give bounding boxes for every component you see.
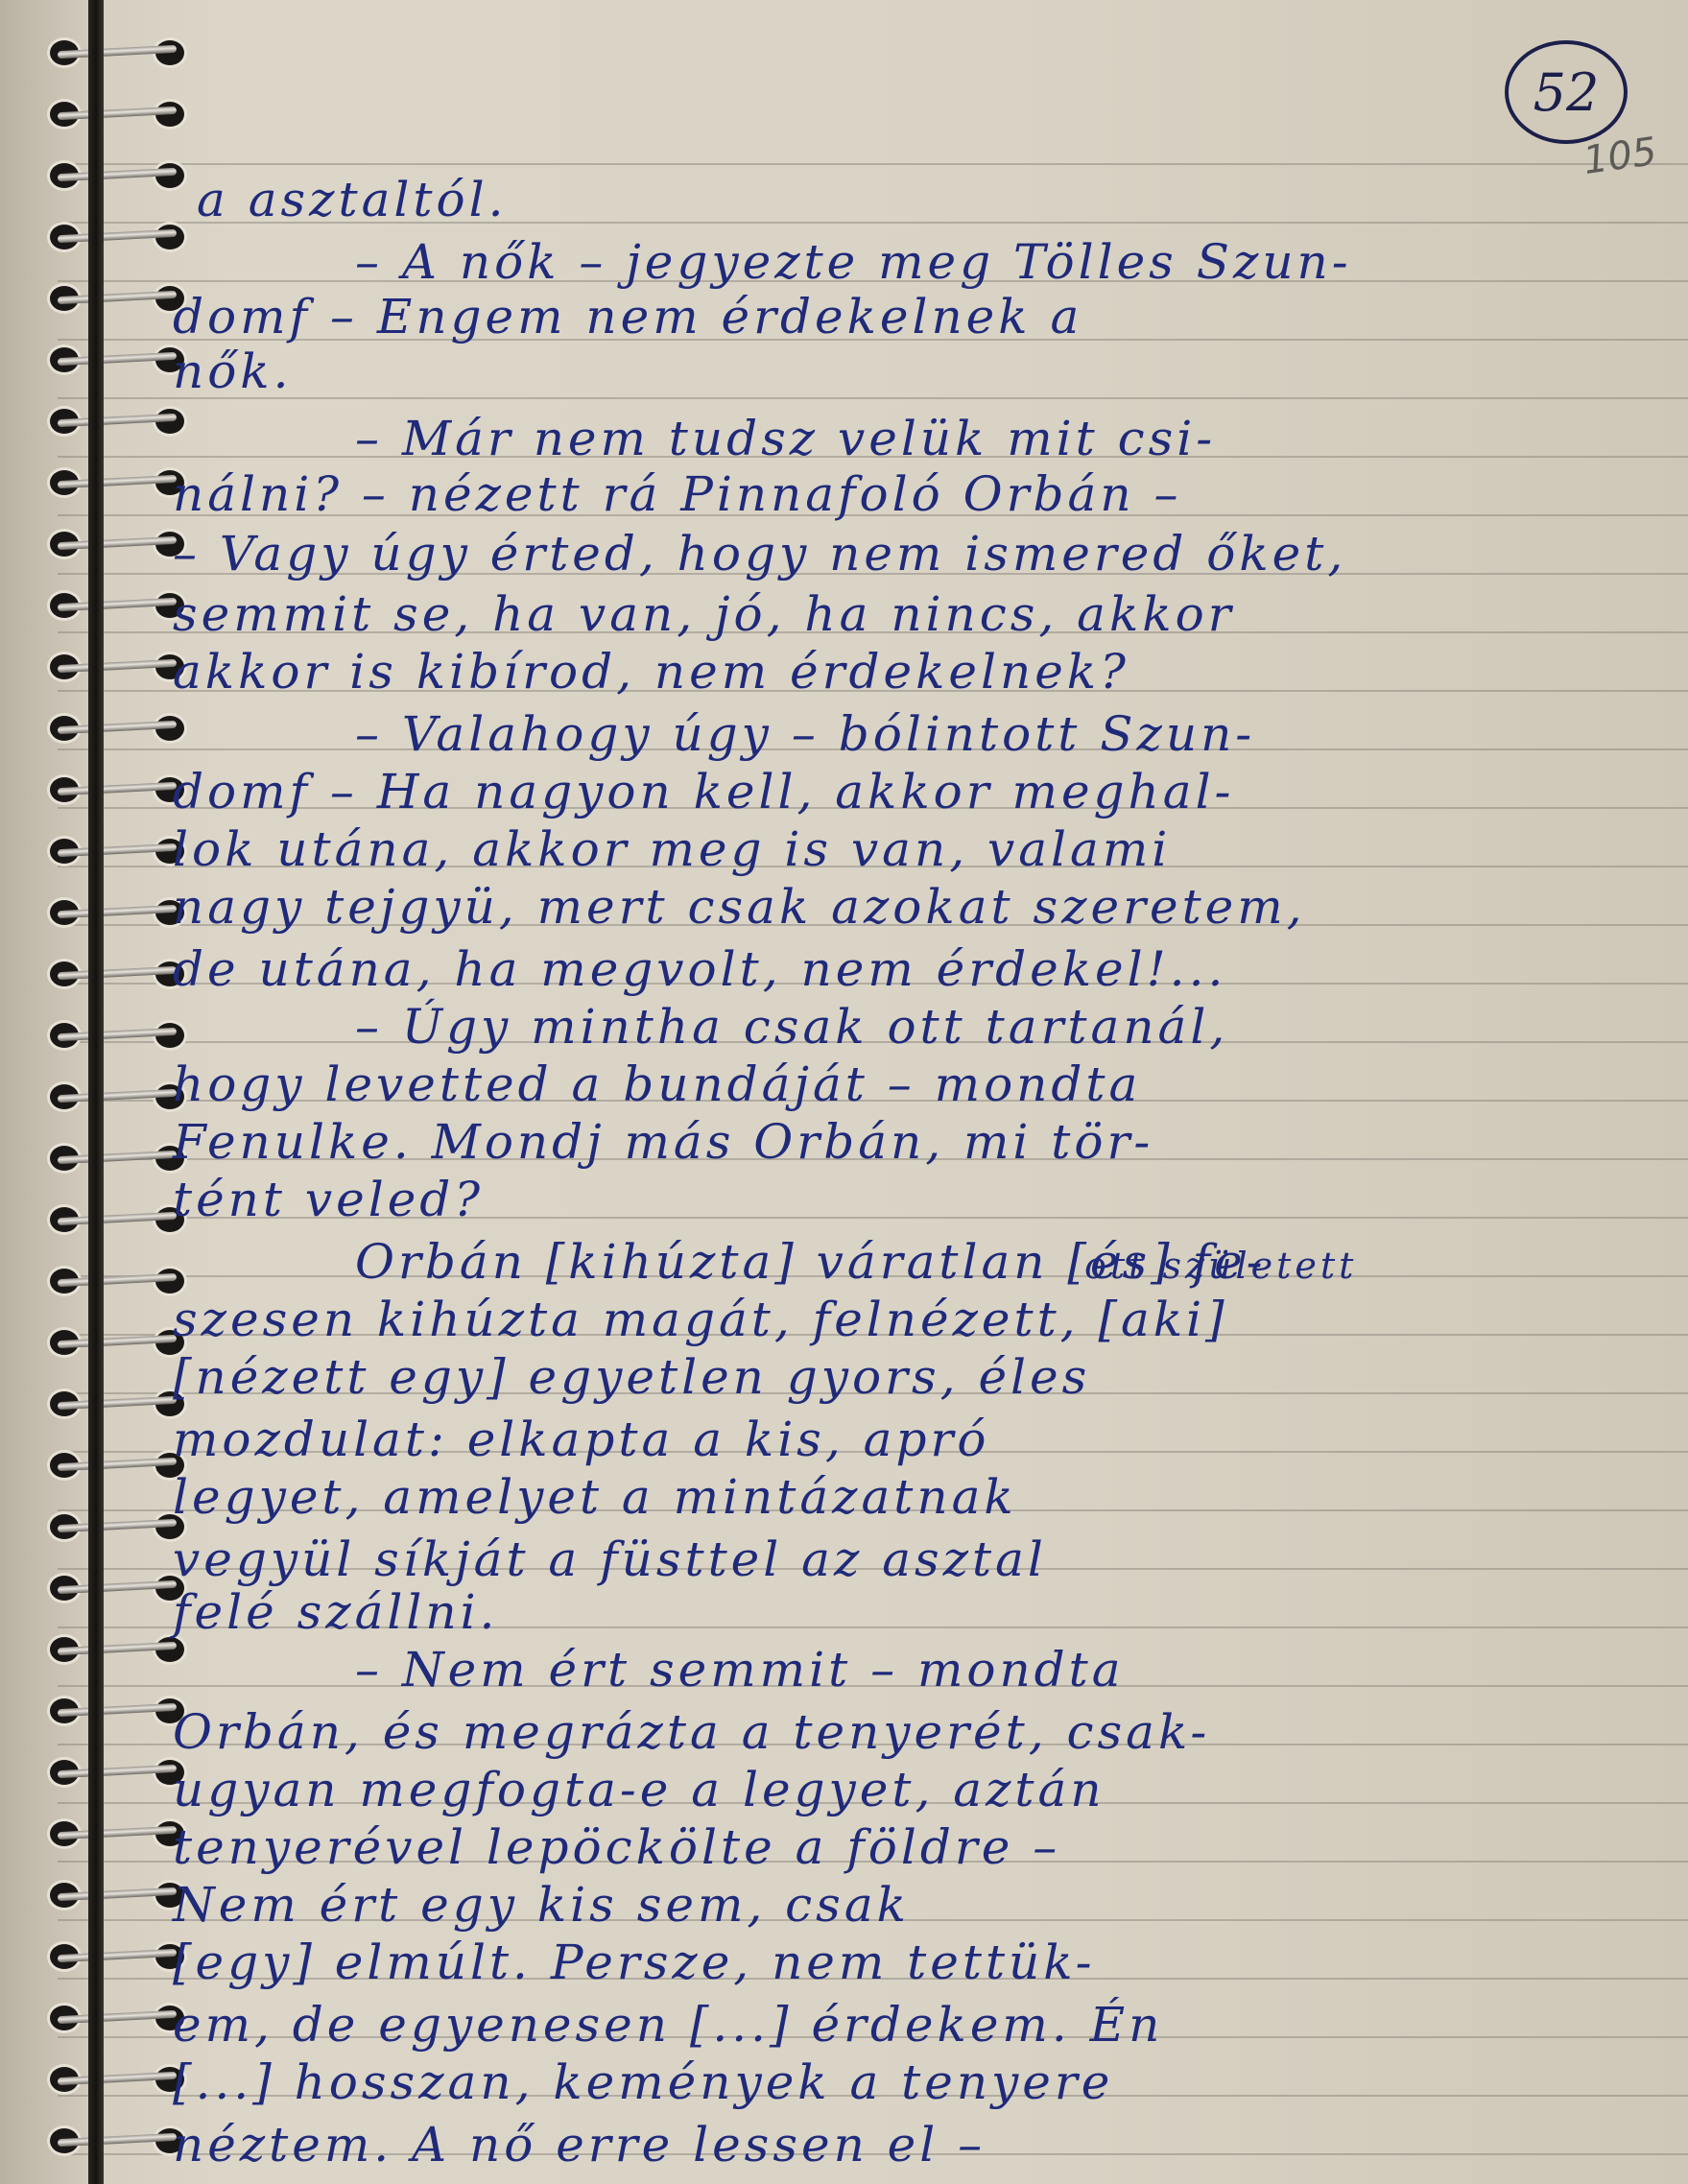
manuscript-line: – A nők – jegyezte meg Tölles Szun- — [355, 238, 1352, 286]
spiral-coil — [40, 1819, 184, 1852]
spiral-coil — [40, 161, 184, 194]
manuscript-line: – Nem ért semmit – mondta — [355, 1646, 1125, 1694]
spiral-coil — [40, 2065, 184, 2098]
spiral-coil — [40, 223, 184, 255]
manuscript-line: [...] hosszan, kemények a tenyere — [173, 2058, 1113, 2106]
manuscript-line: [nézett egy] egyetlen gyors, éles — [173, 1353, 1090, 1401]
manuscript-line: – Már nem tudsz velük mit csi- — [355, 415, 1216, 463]
spiral-coil — [40, 1205, 184, 1238]
spiral-coil — [40, 1328, 184, 1361]
spiral-coil — [40, 1144, 184, 1176]
manuscript-line: em, de egyenesen [...] érdekem. Én — [173, 2001, 1163, 2049]
manuscript-line: Orbán [kihúzta] váratlan [és] fe- — [355, 1238, 1267, 1286]
manuscript-line: nők. — [173, 347, 293, 395]
manuscript-line: néztem. A nő erre lessen el – — [173, 2121, 986, 2169]
spiral-coil — [40, 591, 184, 624]
spiral-coil — [40, 2004, 184, 2036]
spiral-coil — [40, 468, 184, 501]
spiral-coil — [40, 100, 184, 132]
manuscript-line: akkor is kibírod, nem érdekelnek? — [173, 648, 1129, 696]
spiral-coil — [40, 1512, 184, 1545]
ruled-line — [58, 397, 1688, 399]
manuscript-line: legyet, amelyet a mintázatnak — [173, 1473, 1017, 1521]
spiral-coil — [40, 2126, 184, 2159]
spiral-coil — [40, 960, 184, 992]
manuscript-line: – Vagy úgy érted, hogy nem ismered őket, — [173, 530, 1346, 578]
manuscript-line: – Valahogy úgy – bólintott Szun- — [355, 710, 1255, 758]
spiral-coil — [40, 1574, 184, 1606]
spiral-coil — [40, 714, 184, 747]
manuscript-line: a asztaltól. — [197, 176, 508, 224]
page-number-pencil: 105 — [1581, 130, 1659, 183]
manuscript-line: Nem ért egy kis sem, csak — [173, 1881, 910, 1929]
spiral-coil — [40, 1389, 184, 1422]
manuscript-line: nagy tejgyü, mert csak azokat szeretem, — [173, 883, 1306, 931]
spiral-coil — [40, 775, 184, 808]
manuscript-line: [egy] elmúlt. Persze, nem tettük- — [173, 1938, 1096, 1986]
spiral-coil — [40, 1881, 184, 1913]
page-number-circled: 52 — [1505, 40, 1628, 144]
spiral-coil — [40, 1021, 184, 1054]
manuscript-line: tént veled? — [173, 1175, 484, 1223]
spiral-coil — [40, 1267, 184, 1299]
manuscript-line: semmit se, ha van, jó, ha nincs, akkor — [173, 590, 1235, 638]
notebook-page: 52 105 a asztaltól. – A nők – jegyezte m… — [0, 0, 1688, 2184]
manuscript-line: ugyan megfogta-e a legyet, aztán — [173, 1766, 1106, 1814]
manuscript-line: tenyerével lepöckölte a földre – — [173, 1823, 1060, 1871]
spiral-coil — [40, 1082, 184, 1115]
manuscript-line: felé szállni. — [173, 1588, 498, 1636]
manuscript-line: hogy levetted a bundáját – mondta — [173, 1060, 1141, 1108]
spiral-coil — [40, 1942, 184, 1975]
spiral-coil — [40, 530, 184, 562]
spiral-coil — [40, 407, 184, 439]
spiral-coil — [40, 653, 184, 685]
manuscript-line: lok utána, akkor meg is van, valami — [173, 825, 1171, 873]
notebook-spine — [88, 0, 104, 2184]
manuscript-line: Fenulke. Mondj más Orbán, mi tör- — [173, 1118, 1153, 1166]
spiral-coil — [40, 1635, 184, 1668]
manuscript-line: nálni? – nézett rá Pinnafoló Orbán – — [173, 470, 1181, 518]
spiral-coil — [40, 898, 184, 931]
manuscript-line: Orbán, és megrázta a tenyerét, csak- — [173, 1708, 1210, 1756]
manuscript-line: – Úgy mintha csak ott tartanál, — [355, 1003, 1228, 1051]
spiral-coil — [40, 1451, 184, 1484]
manuscript-line: vegyül síkját a füsttel az asztal — [173, 1535, 1047, 1583]
manuscript-line: mozdulat: elkapta a kis, apró — [173, 1415, 989, 1463]
manuscript-line: de utána, ha megvolt, nem érdekel!... — [173, 945, 1226, 993]
ruled-line — [58, 163, 1688, 165]
manuscript-line: domf – Ha nagyon kell, akkor meghal- — [173, 768, 1234, 816]
spiral-coil — [40, 38, 184, 71]
manuscript-line: domf – Engem nem érdekelnek a — [173, 293, 1082, 341]
spiral-coil — [40, 284, 184, 317]
spiral-coil — [40, 1697, 184, 1729]
manuscript-line: szesen kihúzta magát, felnézett, [aki] — [173, 1295, 1228, 1343]
spiral-coil — [40, 1758, 184, 1791]
spiral-coil — [40, 345, 184, 378]
spiral-coil — [40, 837, 184, 869]
